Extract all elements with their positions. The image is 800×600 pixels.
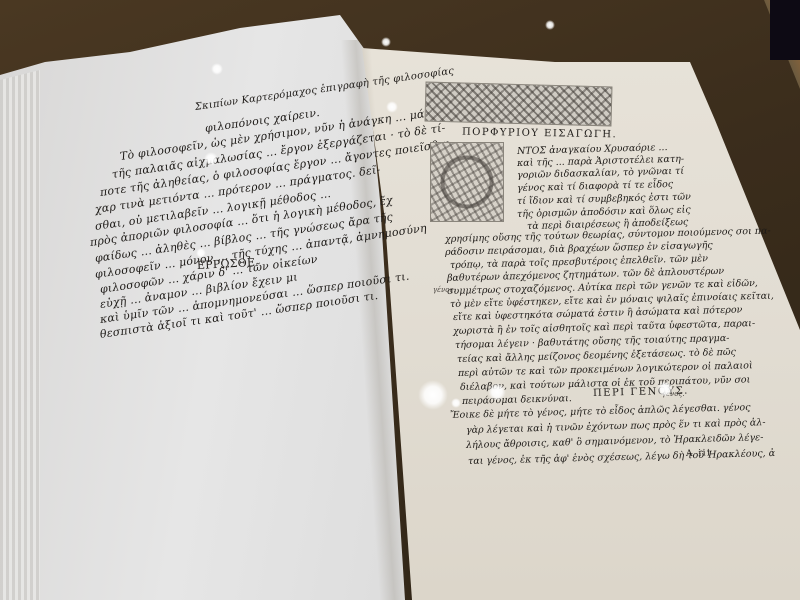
light-reflection [488,383,506,401]
decorated-initial [430,142,504,222]
light-reflection [657,381,673,397]
light-reflection [545,20,555,30]
light-reflection [204,152,218,166]
light-reflection [418,380,448,410]
ornamental-headpiece [425,82,613,127]
light-reflection [211,63,223,75]
page-edges [0,70,40,600]
light-reflection [451,398,461,408]
light-reflection [386,101,398,113]
light-reflection [381,37,391,47]
margin-note: γένος. [433,286,456,294]
signature-mark: A iii [686,448,712,459]
display-case-corner [770,0,800,60]
light-reflection [196,248,206,258]
